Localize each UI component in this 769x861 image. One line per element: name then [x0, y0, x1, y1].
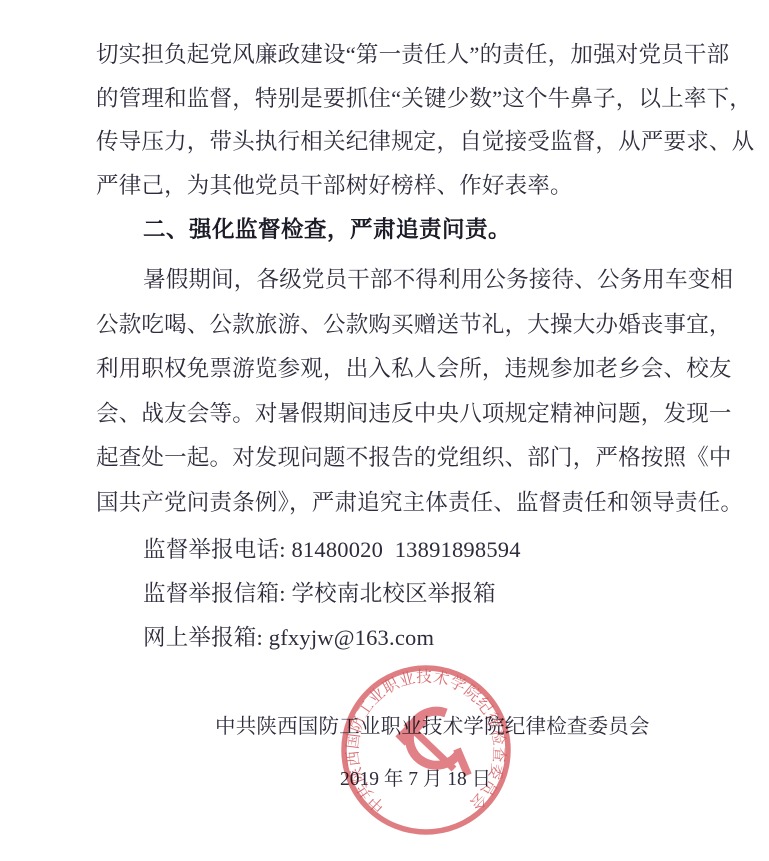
- report-email-line: 网上举报箱: gfxyjw@163.com: [143, 616, 521, 660]
- body-line: 严律己，为其他党员干部树好榜样、作好表率。: [96, 164, 754, 208]
- body-line: 公款吃喝、公款旅游、公款购买赠送节礼，大操大办婚丧事宜，: [96, 303, 743, 348]
- signature-committee: 中共陕西国防工业职业技术学院纪律检查委员会: [215, 712, 650, 742]
- signature-date: 2019 年 7 月 18 日: [340, 766, 491, 794]
- body-line: 切实担负起党风廉政建设“第一责任人”的责任，加强对党员干部: [96, 33, 754, 77]
- paragraph-1: 切实担负起党风廉政建设“第一责任人”的责任，加强对党员干部 的管理和监督，特别是…: [96, 33, 754, 207]
- body-line: 会、战友会等。对暑假期间违反中央八项规定精神问题，发现一: [96, 392, 743, 437]
- document-page: 切实担负起党风廉政建设“第一责任人”的责任，加强对党员干部 的管理和监督，特别是…: [0, 0, 769, 861]
- body-line: 起查处一起。对发现问题不报告的党组织、部门，严格按照《中: [96, 436, 743, 481]
- official-seal: 中共陕西国防工业职业技术学院纪律检查委员会: [337, 661, 515, 839]
- seal-ring: [344, 668, 508, 832]
- body-line: 暑假期间，各级党员干部不得利用公务接待、公务用车变相: [96, 258, 743, 303]
- contact-block: 监督举报电话: 81480020 13891898594 监督举报信箱: 学校南…: [143, 528, 521, 660]
- body-line: 利用职权免票游览参观，出入私人会所，违规参加老乡会、校友: [96, 347, 743, 392]
- paragraph-2: 暑假期间，各级党员干部不得利用公务接待、公务用车变相 公款吃喝、公款旅游、公款购…: [96, 258, 743, 526]
- report-phone-line: 监督举报电话: 81480020 13891898594: [143, 528, 521, 572]
- report-mailbox-line: 监督举报信箱: 学校南北校区举报箱: [143, 572, 521, 616]
- body-line: 国共产党问责条例》，严肃追究主体责任、监督责任和领导责任。: [96, 481, 743, 526]
- body-line: 传导压力，带头执行相关纪律规定，自觉接受监督，从严要求、从: [96, 120, 754, 164]
- body-line: 的管理和监督，特别是要抓住“关键少数”这个牛鼻子，以上率下，: [96, 77, 754, 121]
- section-heading: 二、强化监督检查，严肃追责问责。: [143, 214, 511, 246]
